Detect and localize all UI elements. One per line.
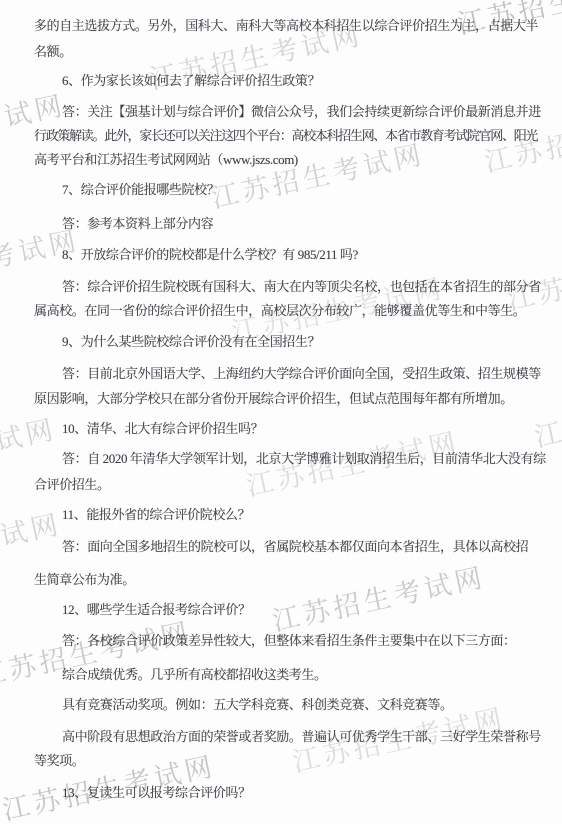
- question-13: 13、复读生可以报考综合评价吗？: [62, 785, 251, 800]
- answer-7: 答：参考本资料上部分内容: [62, 216, 213, 231]
- watermark-text: 江苏招生考试网: [531, 376, 562, 454]
- answer-10-line-2: 合评价招生。: [34, 477, 110, 492]
- answer-10-line-1: 答：自 2020 年清华大学领军计划，北京大学博雅计划取消招生后，目前清华北大没…: [62, 451, 546, 466]
- answer-9-line-1: 答：目前北京外国语大学、上海纽约大学综合评价面向全国，受招生政策、招生规模等: [62, 366, 541, 381]
- question-10: 10、清华、北大有综合评价招生吗？: [62, 421, 263, 436]
- answer-12-line-3: 具有竞赛活动奖项。例如：五大学科竞赛、科创类竞赛、文科竞赛等。: [62, 697, 453, 712]
- answer-12-line-1: 答：各校综合评价政策差异性较大，但整体来看招生条件主要集中在以下三方面：: [62, 633, 516, 648]
- question-9: 9、为什么某些院校综合评价没有在全国招生？: [62, 334, 320, 349]
- question-12: 12、哪些学生适合报考综合评价？: [62, 602, 251, 617]
- answer-9-line-2: 原因影响，大部分学校只在部分省份开展综合评价招生，但试点范围每年都有所增加。: [34, 391, 513, 406]
- answer-12-line-5: 等奖项。: [34, 753, 84, 768]
- intro-cont-line-1: 多的自主选拔方式。另外，国科大、南科大等高校本科招生以综合评价招生为主，占据大半: [34, 18, 538, 33]
- intro-cont-line-2: 名额。: [34, 44, 72, 59]
- answer-11-line-1: 答：面向全国多地招生的院校可以，省属院校基本都仅面向本省招生，具体以高校招: [62, 539, 528, 554]
- answer-11-line-2: 生简章公布为准。: [34, 572, 135, 587]
- question-8: 8、开放综合评价的院校都是什么学校？有 985/211 吗?: [62, 247, 358, 262]
- watermark-text: 江苏招生考试网: [269, 560, 488, 638]
- question-11: 11、能报外省的综合评价院校么？: [62, 507, 250, 522]
- question-6: 6、作为家长该如何去了解综合评价招生政策？: [62, 73, 320, 88]
- answer-6-line-3: 高考平台和江苏招生考试网网站（www.jszs.com): [34, 152, 298, 167]
- answer-6-line-1: 答：关注【强基计划与综合评价】微信公众号，我们会持续更新综合评价最新消息并进: [62, 104, 541, 119]
- question-7: 7、综合评价能报哪些院校？: [62, 182, 219, 197]
- answer-6-line-2: 行政策解读。此外，家长还可以关注这四个平台：高校本科招生网、本省市教育考试院官网…: [34, 128, 537, 143]
- answer-8-line-1: 答：综合评价招生院校既有国科大、南大在内等顶尖名校，也包括在本省招生的部分省: [62, 279, 541, 294]
- watermark-text: 江苏招生考试网: [208, 137, 427, 215]
- answer-12-line-2: 综合成绩优秀。几乎所有高校都招收这类考生。: [62, 667, 327, 682]
- answer-8-line-2: 属高校。在同一省份的综合评价招生中，高校层次分布较广，能够覆盖优等生和中等生。: [34, 303, 525, 318]
- document-page: 江苏招生考试网江苏招生考试网江苏招生考试网江苏招生考试网江苏招生考试网江苏招生考…: [0, 0, 562, 824]
- answer-12-line-4: 高中阶段有思想政治方面的荣誉或者奖励。普遍认可优秀学生干部、三好学生荣誉称号: [62, 729, 541, 744]
